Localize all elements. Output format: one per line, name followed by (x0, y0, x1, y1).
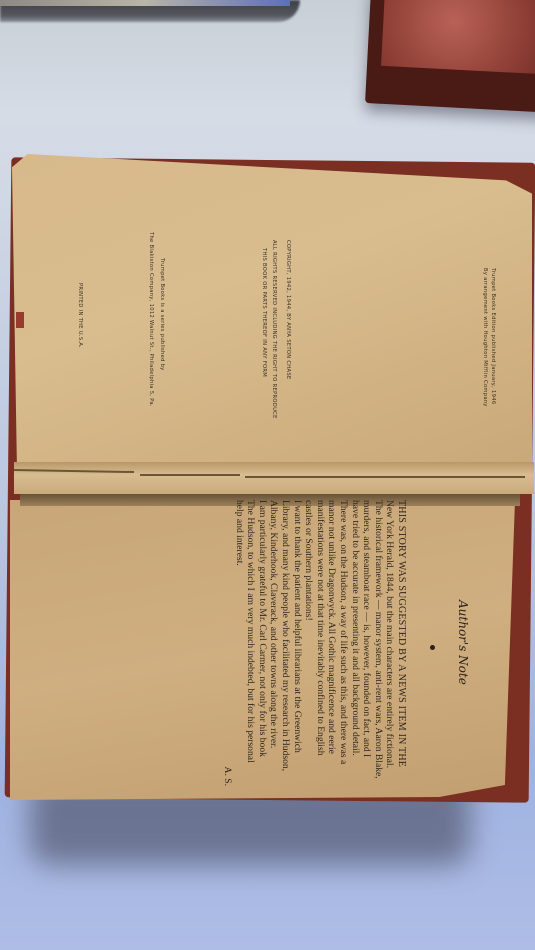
photo-scene: Trumpet Books Edition published January,… (0, 0, 535, 950)
authors-note-heading: Author's Note (456, 600, 470, 685)
story-line: Albany, Kinderhook, Claverack, and other… (268, 500, 280, 800)
story-line: I am particularly grateful to Mr. Carl C… (256, 500, 268, 800)
rights-line-2: THIS BOOK OR PARTS THEREOF IN ANY FORM (259, 248, 268, 377)
ornament-dot (430, 645, 435, 650)
edition-line: Trumpet Books Edition published January,… (488, 268, 497, 404)
red-book (365, 0, 535, 113)
story-line: Library, and many kind people who facili… (279, 500, 291, 800)
red-book-cover (381, 0, 535, 75)
publisher-line: The Blakiston Company, 1012 Walnut St., … (146, 232, 155, 407)
story-line: manor not unlike Dragonwyck. All Gothic … (326, 500, 338, 800)
rights-line-1: ALL RIGHTS RESERVED INCLUDING THE RIGHT … (269, 240, 278, 419)
story-line: There was, on the Hudson, a way of life … (337, 500, 349, 800)
story-line: I want to thank the patient and helpful … (291, 500, 303, 800)
story-line: THIS STORY WAS SUGGESTED BY A NEWS ITEM … (395, 500, 407, 800)
signature: A. S. (222, 500, 234, 800)
paper-crack (245, 476, 525, 478)
authors-note-body: THIS STORY WAS SUGGESTED BY A NEWS ITEM … (222, 500, 408, 800)
copyright-line: COPYRIGHT, 1942, 1944, BY ANYA SETON CHA… (283, 240, 292, 380)
printed-line: PRINTED IN THE U.S.A. (75, 283, 84, 348)
story-line: The Hudson, to which I am very much inde… (245, 500, 257, 800)
story-line: The historical framework — manor system,… (372, 500, 384, 800)
paper-crack (140, 474, 240, 476)
arrangement-line: By arrangement with Houghton Mifflin Com… (480, 268, 489, 407)
series-line: Trumpet Books is a series published by (157, 258, 166, 371)
binding-tab (16, 312, 24, 328)
story-line: castles or Southern plantations! (303, 500, 315, 800)
story-line: have tried to be accurate in presenting … (349, 500, 361, 800)
story-line: New York Herald, 1844, but the main char… (384, 500, 396, 800)
story-line: murders, and steamboat race — is, howeve… (361, 500, 373, 800)
page-fold (14, 462, 534, 494)
grey-object-highlight (0, 0, 290, 6)
story-line: help and interest. (233, 500, 245, 800)
story-line: manifestations were not at that time ine… (314, 500, 326, 800)
